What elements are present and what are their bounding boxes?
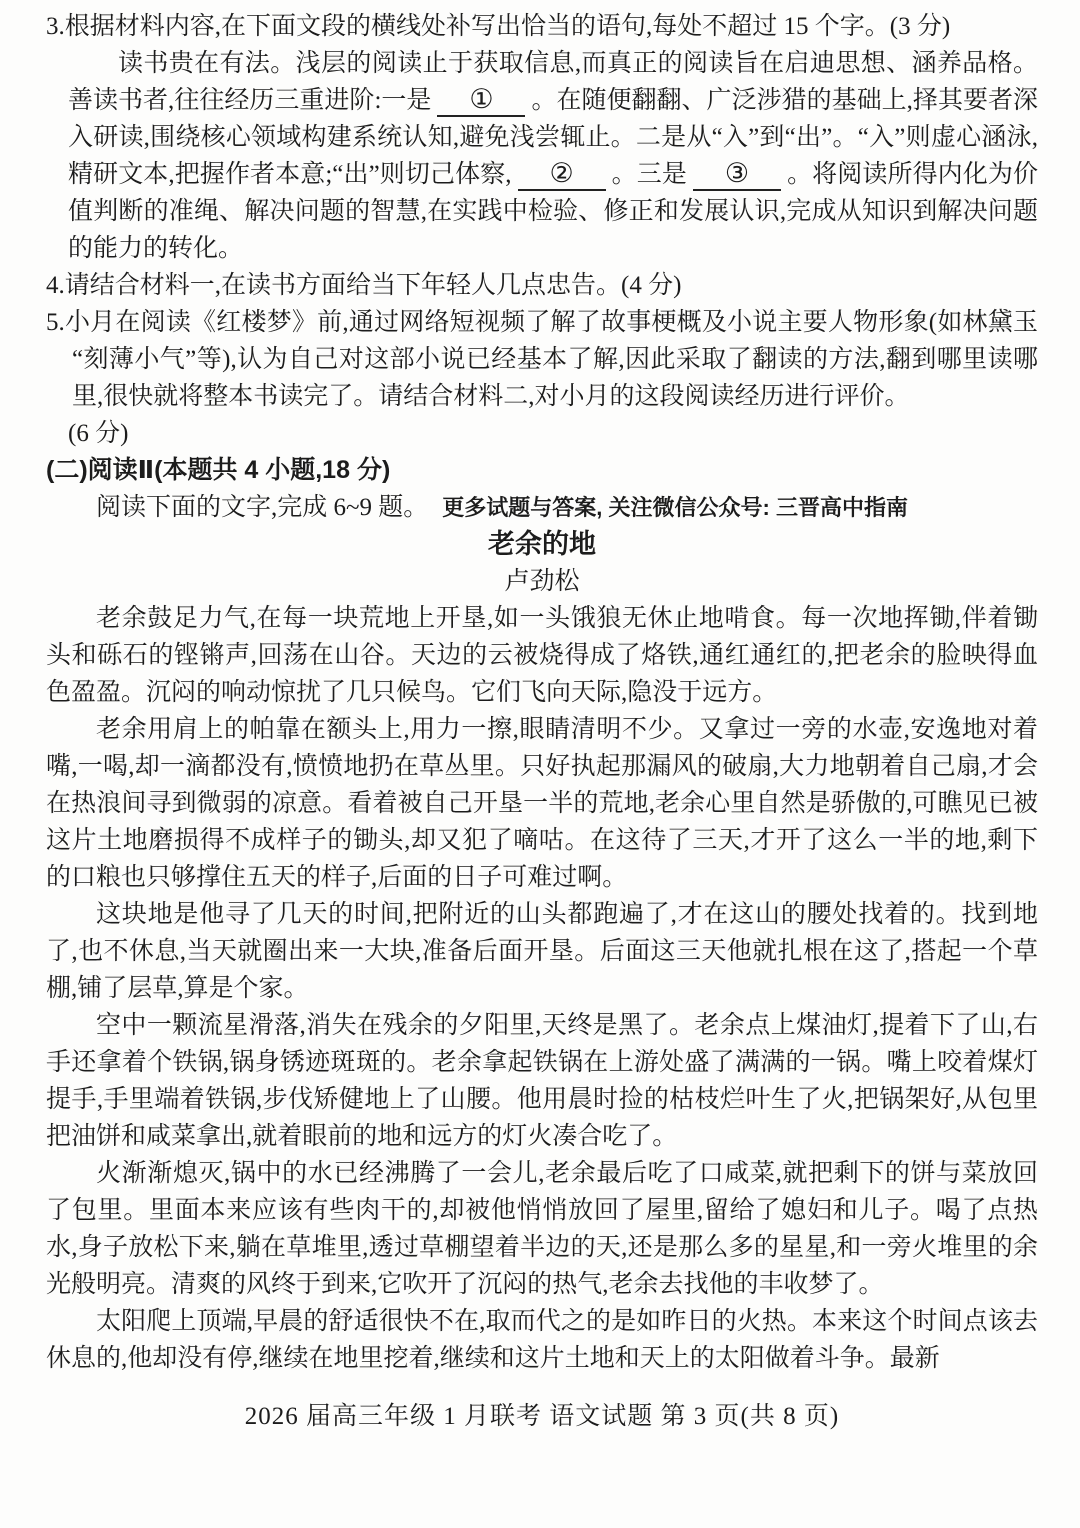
story-author: 卢劲松	[46, 563, 1038, 600]
fill-in-paragraph: 读书贵在有法。浅层的阅读止于获取信息,而真正的阅读旨在启迪思想、涵养品格。善读书…	[68, 45, 1038, 267]
question-4: 4.请结合材料一,在读书方面给当下年轻人几点忠告。(4 分)	[46, 267, 1038, 304]
story-paragraph: 空中一颗流星滑落,消失在残余的夕阳里,天终是黑了。老余点上煤油灯,提着下了山,右…	[46, 1007, 1038, 1155]
question-5-text: 小月在阅读《红楼梦》前,通过网络短视频了解了故事梗概及小说主要人物形象(如林黛玉…	[65, 309, 1038, 410]
question-3-number: 3.	[46, 13, 65, 40]
page-footer: 2026 届高三年级 1 月联考 语文试题 第 3 页(共 8 页)	[46, 1398, 1038, 1435]
story-paragraph: 太阳爬上顶端,早晨的舒适很快不在,取而代之的是如昨日的火热。本来这个时间点该去休…	[46, 1303, 1038, 1377]
promo-note: 更多试题与答案, 关注微信公众号: 三晋高中指南	[442, 495, 908, 520]
story-paragraph: 这块地是他寻了几天的时间,把附近的山头都跑遍了,才在这山的腰处找着的。找到地了,…	[46, 896, 1038, 1007]
story-body: 老余鼓足力气,在每一块荒地上开垦,如一头饿狼无休止地啃食。每一次地挥锄,伴着锄头…	[46, 600, 1038, 1377]
story-paragraph: 老余鼓足力气,在每一块荒地上开垦,如一头饿狼无休止地啃食。每一次地挥锄,伴着锄头…	[46, 600, 1038, 711]
blank-1: ①	[437, 84, 525, 117]
story-title: 老余的地	[46, 526, 1038, 563]
question-5: 5.小月在阅读《红楼梦》前,通过网络短视频了解了故事梗概及小说主要人物形象(如林…	[46, 304, 1038, 452]
question-5-score: (6 分)	[94, 415, 1038, 452]
reading-instruction: 阅读下面的文字,完成 6~9 题。	[96, 494, 428, 521]
question-3: 3.根据材料内容,在下面文段的横线处补写出恰当的语句,每处不超过 15 个字。(…	[46, 8, 1038, 45]
question-4-number: 4.	[46, 272, 65, 299]
exam-page: 3.根据材料内容,在下面文段的横线处补写出恰当的语句,每处不超过 15 个字。(…	[0, 0, 1080, 1528]
story-paragraph: 老余用肩上的帕靠在额头上,用力一擦,眼睛清明不少。又拿过一旁的水壶,安逸地对着嘴…	[46, 711, 1038, 896]
reading-instruction-line: 阅读下面的文字,完成 6~9 题。更多试题与答案, 关注微信公众号: 三晋高中指…	[46, 489, 1038, 526]
blank-3: ③	[693, 158, 781, 191]
blank-2: ②	[518, 158, 606, 191]
question-5-number: 5.	[46, 309, 65, 336]
section-2-header: (二)阅读Ⅱ(本题共 4 小题,18 分)	[46, 452, 1038, 489]
story-paragraph: 火渐渐熄灭,锅中的水已经沸腾了一会儿,老余最后吃了口咸菜,就把剩下的饼与菜放回了…	[46, 1155, 1038, 1303]
question-4-text: 请结合材料一,在读书方面给当下年轻人几点忠告。(4 分)	[65, 272, 682, 299]
question-3-text: 根据材料内容,在下面文段的横线处补写出恰当的语句,每处不超过 15 个字。(3 …	[65, 13, 950, 40]
fill-paragraph-part-3: 。三是	[612, 161, 687, 188]
